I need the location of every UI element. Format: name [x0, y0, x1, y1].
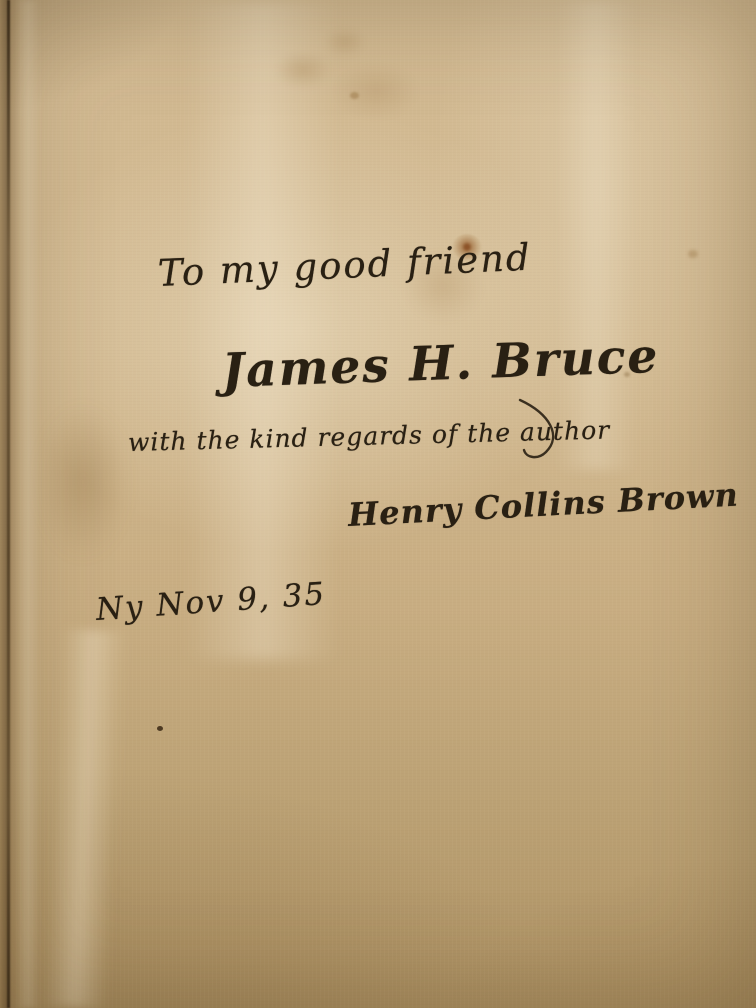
- book-endpaper-photo: To my good friend James H. Bruce with th…: [0, 0, 756, 1008]
- photo-vignette: [0, 0, 756, 1008]
